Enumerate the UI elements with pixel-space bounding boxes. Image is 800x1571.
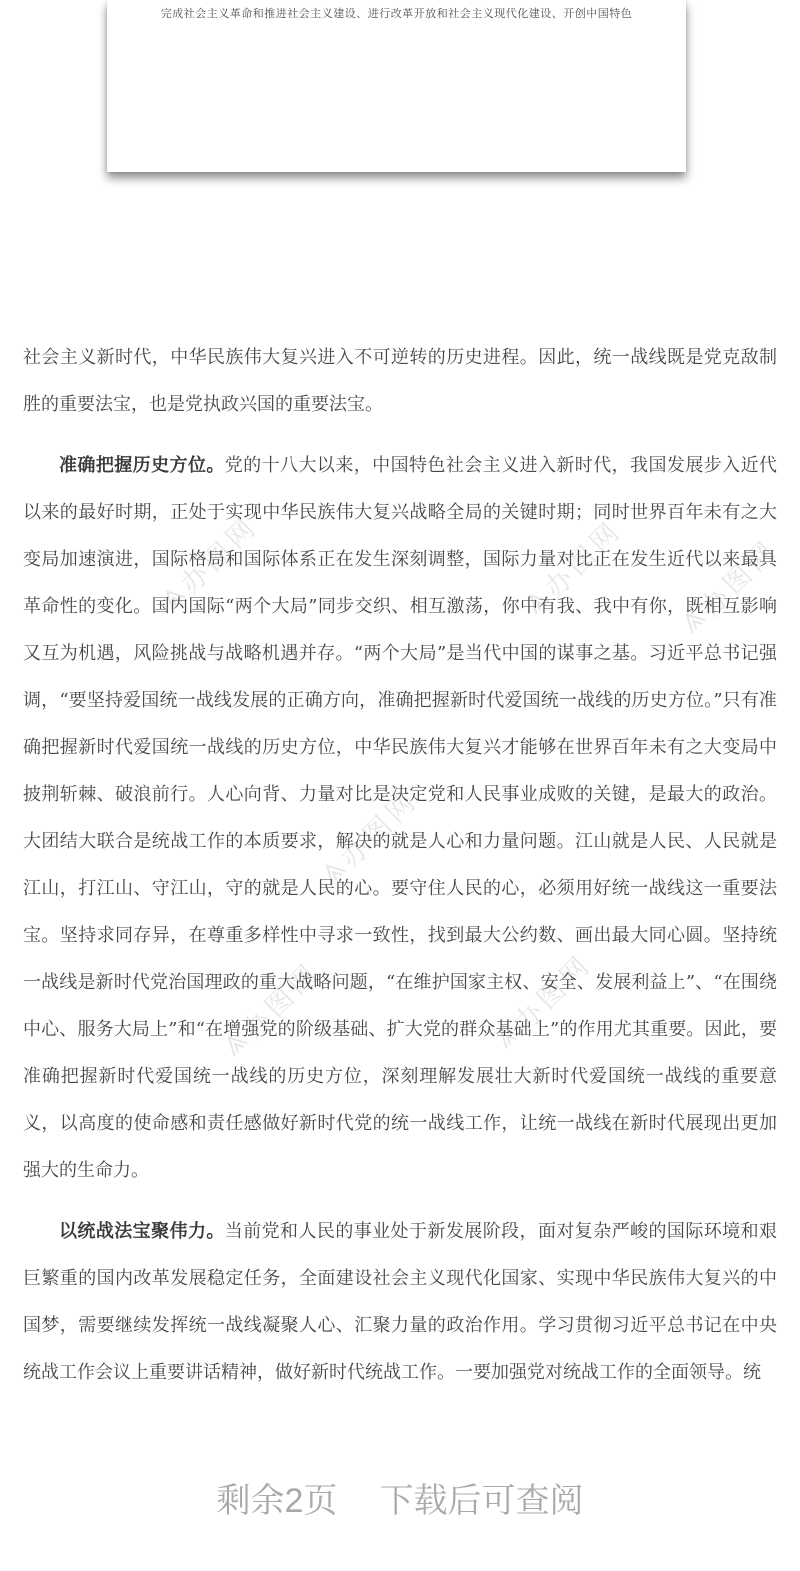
- paragraph-text: 当前党和人民的事业处于新发展阶段，面对复杂严峻的国际环境和艰巨繁重的国内改革发展…: [23, 1221, 777, 1383]
- paragraph-text: 党的十八大以来，中国特色社会主义进入新时代，我国发展步入近代以来的最好时期，正处…: [23, 455, 777, 1181]
- paragraph-lead: 以统战法宝聚伟力。: [59, 1221, 225, 1242]
- paragraph: 以统战法宝聚伟力。当前党和人民的事业处于新发展阶段，面对复杂严峻的国际环境和艰巨…: [23, 1208, 777, 1396]
- footer-hint: 剩余2页 下载后可查阅: [0, 1473, 800, 1522]
- paragraph-lead: 准确把握历史方位。: [59, 455, 225, 476]
- previous-page-tail-text: 完成社会主义革命和推进社会主义建设、进行改革开放和社会主义现代化建设、开创中国特…: [107, 5, 686, 21]
- document-body: 社会主义新时代，中华民族伟大复兴进入不可逆转的历史进程。因此，统一战线既是党克敌…: [0, 334, 800, 1410]
- remaining-pages-label: 剩余2页: [217, 1473, 338, 1522]
- previous-page-card: 完成社会主义革命和推进社会主义建设、进行改革开放和社会主义现代化建设、开创中国特…: [107, 0, 686, 172]
- paragraph-text: 社会主义新时代，中华民族伟大复兴进入不可逆转的历史进程。因此，统一战线既是党克敌…: [23, 347, 777, 415]
- paragraph: 准确把握历史方位。党的十八大以来，中国特色社会主义进入新时代，我国发展步入近代以…: [23, 442, 777, 1194]
- paragraph: 社会主义新时代，中华民族伟大复兴进入不可逆转的历史进程。因此，统一战线既是党克敌…: [23, 334, 777, 428]
- download-to-view-hint[interactable]: 下载后可查阅: [379, 1473, 583, 1522]
